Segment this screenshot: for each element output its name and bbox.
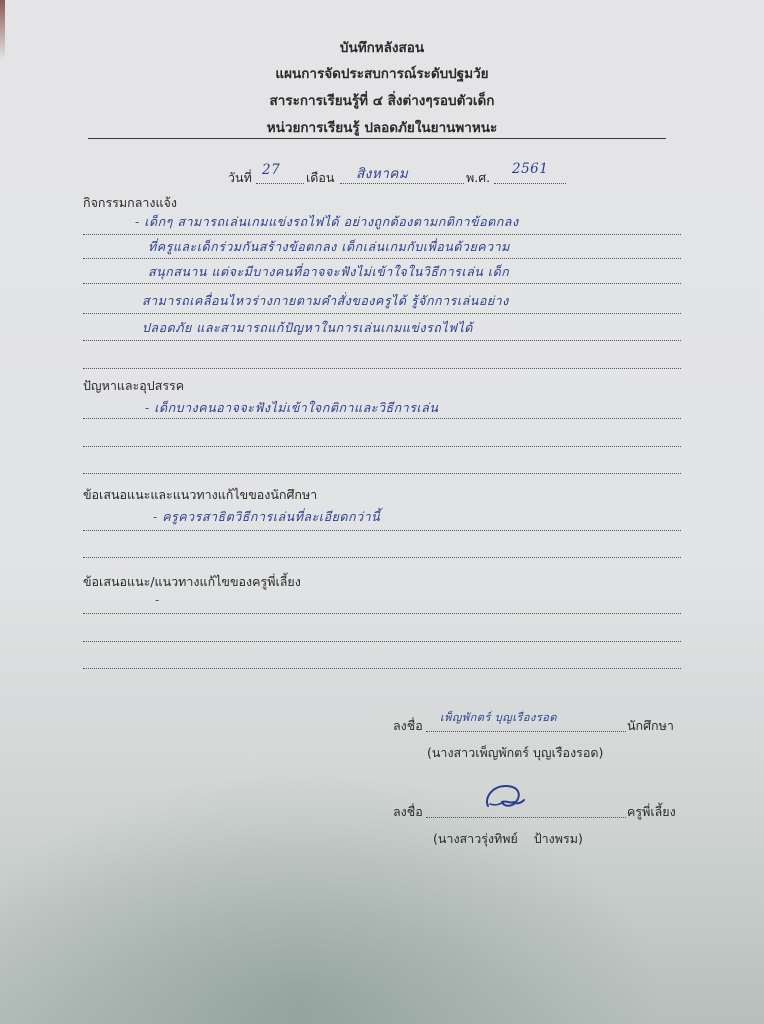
dotted-line bbox=[83, 368, 681, 369]
after-teaching-record-form: บันทึกหลังสอน แผนการจัดประสบการณ์ระดับปฐ… bbox=[0, 0, 764, 1024]
signature-dotted-line bbox=[426, 817, 626, 818]
handwritten-line[interactable]: สามารถเคลื่อนไหวร่างกายตามคำสั่งของครูได… bbox=[142, 291, 509, 311]
dotted-line bbox=[83, 613, 681, 614]
day-dotted-line bbox=[256, 183, 304, 184]
dotted-line bbox=[83, 473, 681, 474]
year-value[interactable]: 2561 bbox=[512, 161, 548, 177]
student-printed-name: (นางสาวเพ็ญพักตร์ บุญเรืองรอด) bbox=[427, 743, 603, 763]
learning-unit: หน่วยการเรียนรู้ ปลอดภัยในยานพาหนะ bbox=[0, 116, 764, 138]
dotted-line bbox=[83, 446, 681, 447]
plan-title: แผนการจัดประสบการณ์ระดับปฐมวัย bbox=[0, 62, 764, 84]
mentor-sign-label: ลงชื่อ bbox=[393, 802, 423, 822]
handwritten-line[interactable]: สนุกสนาน แต่จะมีบางคนที่อาจจะฟังไม่เข้าใ… bbox=[148, 262, 509, 282]
day-value[interactable]: 27 bbox=[262, 162, 280, 178]
signature-dotted-line bbox=[426, 731, 626, 732]
student-role-label: นักศึกษา bbox=[627, 716, 674, 736]
dotted-line bbox=[83, 641, 681, 642]
header-divider bbox=[88, 138, 666, 139]
handwritten-line[interactable]: ปลอดภัย และสามารถแก้ปัญหาในการเล่นเกมแข่… bbox=[142, 318, 473, 338]
mentor-suggestions-label: ข้อเสนอแนะ/แนวทางแก้ไขของครูพี่เลี้ยง bbox=[83, 572, 301, 592]
handwritten-line[interactable]: - เด็กๆ สามารถเล่นเกมแข่งรถไฟได้ อย่างถู… bbox=[135, 212, 519, 232]
dotted-line bbox=[83, 530, 681, 531]
handwritten-line[interactable]: - bbox=[155, 592, 160, 607]
mentor-role-label: ครูพี่เลี้ยง bbox=[627, 802, 676, 822]
student-suggestions-label: ข้อเสนอแนะและแนวทางแก้ไขของนักศึกษา bbox=[83, 485, 317, 505]
outdoor-activity-label: กิจกรรมกลางแจ้ง bbox=[83, 193, 177, 213]
day-label: วันที่ bbox=[228, 168, 252, 188]
dotted-line bbox=[83, 418, 681, 419]
mentor-signature-scribble[interactable] bbox=[482, 780, 530, 814]
dotted-line bbox=[83, 668, 681, 669]
dotted-line bbox=[83, 340, 681, 341]
learning-topic: สาระการเรียนรู้ที่ ๔ สิ่งต่างๆรอบตัวเด็ก bbox=[0, 89, 764, 111]
problems-label: ปัญหาและอุปสรรค bbox=[83, 376, 184, 396]
year-label: พ.ศ. bbox=[466, 168, 490, 188]
dotted-line bbox=[83, 234, 681, 235]
handwritten-line[interactable]: - ครูควรสาธิตวิธีการเล่นที่ละเอียดกว่านี… bbox=[153, 507, 380, 527]
dotted-line bbox=[83, 283, 681, 284]
student-signature[interactable]: เพ็ญพักตร์ บุญเรืองรอด bbox=[440, 708, 557, 726]
dotted-line bbox=[83, 313, 681, 314]
student-sign-label: ลงชื่อ bbox=[393, 716, 423, 736]
handwritten-line[interactable]: ที่ครูและเด็กร่วมกันสร้างข้อตกลง เด็กเล่… bbox=[148, 237, 510, 257]
document-title: บันทึกหลังสอน bbox=[0, 36, 764, 58]
dotted-line bbox=[83, 557, 681, 558]
mentor-printed-name: (นางสาวรุ่งทิพย์ ป้างพรม) bbox=[433, 829, 583, 849]
month-label: เดือน bbox=[306, 168, 334, 188]
handwritten-line[interactable]: - เด็กบางคนอาจจะฟังไม่เข้าใจกติกาและวิธี… bbox=[145, 398, 438, 418]
year-dotted-line bbox=[494, 183, 566, 184]
dotted-line bbox=[83, 258, 681, 259]
month-value[interactable]: สิงหาคม bbox=[356, 162, 408, 184]
